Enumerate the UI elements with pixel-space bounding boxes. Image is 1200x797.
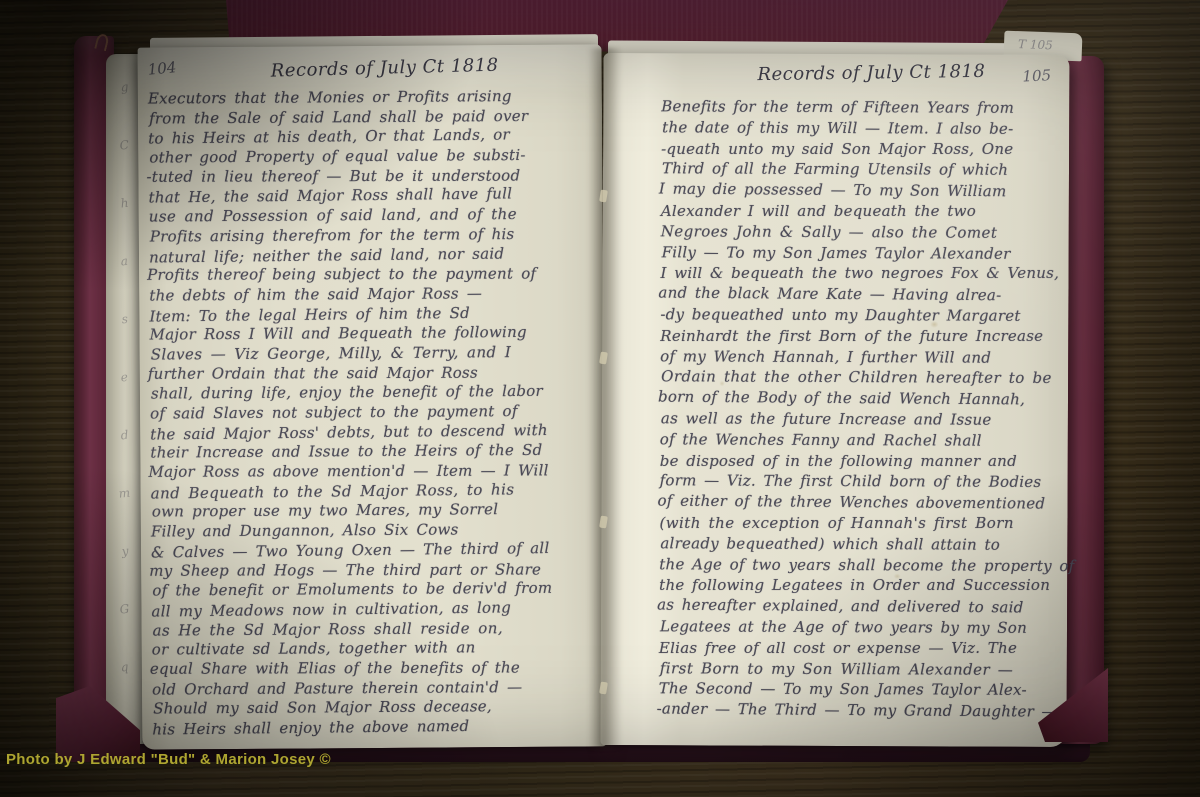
edge-fragment: e <box>120 370 133 428</box>
handwriting-line: Slaves — Viz George, Milly, & Terry, and… <box>151 342 599 365</box>
handwriting-line: -ander — The Third — To my Grand Daughte… <box>657 700 1061 724</box>
handwriting-line: as well as the future Increase and Issue <box>661 409 1065 432</box>
handwriting-line: I may die possessed — To my Son William <box>659 180 1063 204</box>
handwriting-line: Elias free of all cost or expense — Viz.… <box>659 639 1063 660</box>
photo-watermark: Photo by J Edward "Bud" & Marion Josey © <box>6 751 331 768</box>
handwriting-line: of the Wenches Fanny and Rachel shall <box>660 430 1064 453</box>
handwriting-line: Alexander I will and bequeath the two <box>661 202 1065 223</box>
handwriting-line: as He the Sd Major Ross shall reside on, <box>153 618 601 641</box>
handwriting-line: equal Share with Elias of the benefits o… <box>150 658 598 679</box>
handwriting-line: the Age of two years shall become the pr… <box>659 555 1063 578</box>
left-page-text: Executors that the Monies or Profits ari… <box>148 86 601 739</box>
handwriting-line: form — Viz. The first Child born of the … <box>660 472 1064 495</box>
left-page-header: Records of July Ct 1818 <box>138 52 602 85</box>
handwriting-line: the date of this my Will — Item. I also … <box>662 118 1066 141</box>
handwriting-line: and the black Mare Kate — Having alrea- <box>658 284 1062 308</box>
handwriting-line: -queath unto my said Son Major Ross, One <box>661 140 1065 161</box>
edge-fragment: y <box>121 544 134 602</box>
handwriting-line: Ordain that the other Children hereafter… <box>661 368 1065 391</box>
handwriting-line: of either of the three Wenches abovement… <box>657 492 1061 516</box>
photo-scene: g ChasedmyGq T 105 104 Records of July C… <box>0 0 1200 797</box>
edge-fragment: q <box>120 660 134 718</box>
handwriting-line: Reinhardt the first Born of the future I… <box>660 327 1064 348</box>
handwriting-line: Profits thereof being subject to the pay… <box>147 264 595 285</box>
handwriting-line: -dy bequeathed unto my Daughter Margaret <box>660 305 1064 328</box>
handwriting-line: other good Property of equal value be su… <box>149 145 597 168</box>
handwriting-line: Third of all the Farming Utensils of whi… <box>662 160 1066 183</box>
handwriting-line: as hereafter explained, and delivered to… <box>657 596 1061 620</box>
edge-fragment: h <box>120 196 134 254</box>
handwriting-line: further Ordain that the said Major Ross <box>148 363 596 384</box>
handwriting-line: my Sheep and Hogs — The third part or Sh… <box>149 560 597 581</box>
edge-fragment: d <box>120 428 134 486</box>
edge-fragment: s <box>121 312 133 370</box>
edge-fragment: m <box>118 486 135 545</box>
handwriting-line: & Calves — Two Young Oxen — The third of… <box>151 538 599 563</box>
handwriting-line: be disposed of in the following manner a… <box>660 452 1064 473</box>
handwriting-line: (with the exception of Hannah's first Bo… <box>659 514 1063 535</box>
handwriting-line: or cultivate sd Lands, together with an <box>152 638 600 661</box>
handwriting-line: already bequeathed) which shall attain t… <box>660 534 1064 557</box>
handwriting-line: of my Wench Hannah, I further Will and <box>660 347 1064 370</box>
gutter-shadow <box>588 48 622 748</box>
handwriting-line: Legatees at the Age of two years by my S… <box>660 617 1064 640</box>
edge-fragment: G <box>119 602 135 661</box>
right-page-text: Benefits for the term of Fifteen Years f… <box>659 97 1066 723</box>
edge-fragment: a <box>120 254 133 312</box>
handwriting-line: Filly — To my Son James Taylor Alexander <box>662 243 1066 266</box>
handwriting-line: shall, during life, enjoy the benefit of… <box>151 382 599 405</box>
handwriting-line: Negroes John & Sally — also the Comet <box>661 222 1065 245</box>
handwriting-line: The Second — To my Son James Taylor Alex… <box>659 680 1063 703</box>
edge-fragment: C <box>119 138 134 197</box>
edge-fragment: g <box>120 80 134 138</box>
handwriting-line: I will & bequeath the two negroes Fox & … <box>661 264 1065 285</box>
handwriting-line: Benefits for the term of Fifteen Years f… <box>661 97 1065 120</box>
handwriting-line: born of the Body of the said Wench Hanna… <box>658 388 1062 412</box>
handwriting-line: his Heirs shall enjoy the above named <box>152 715 600 740</box>
handwriting-line: first Born to my Son William Alexander — <box>660 659 1064 682</box>
handwriting-line: the following Legatees in Order and Succ… <box>659 576 1063 597</box>
handwriting-line: own proper use my two Mares, my Sorrel <box>152 500 600 523</box>
right-page-header: Records of July Ct 1818 <box>603 60 1069 88</box>
right-page: 105 Records of July Ct 1818 Benefits for… <box>600 53 1069 747</box>
left-page: 104 Records of July Ct 1818 Executors th… <box>138 44 607 749</box>
